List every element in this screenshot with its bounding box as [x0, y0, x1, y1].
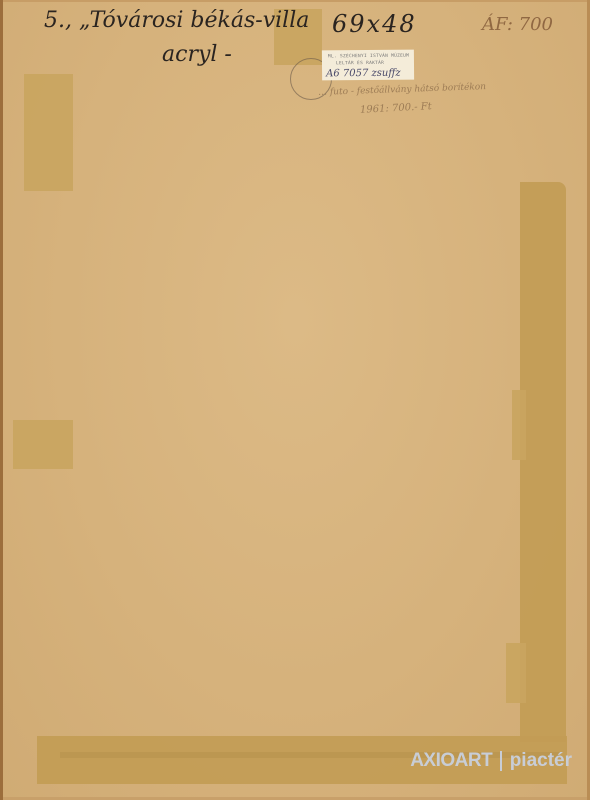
museum-label: ML. SZÉCHENYI ISTVÁN MÚZEUM LELTÁR ÉS RA… — [322, 50, 414, 81]
pencil-note-1: … futo - festőállvány hátsó borítékon — [318, 82, 486, 98]
label-handwritten-number: A6 7057 zsuffz — [326, 68, 401, 80]
label-line-2: LELTÁR ÉS RAKTÁR — [336, 61, 384, 66]
watermark-separator — [500, 751, 502, 771]
tape-right-vertical — [520, 182, 566, 742]
handwritten-title: 5., „Tóvárosi békás-villa — [44, 8, 309, 33]
handwritten-dimensions: 69x48 — [332, 10, 417, 38]
pencil-price-mark: ÁF: 700 — [482, 14, 553, 35]
tape-right-lower-patch — [512, 390, 526, 460]
axioart-watermark: AXIOART piactér — [410, 750, 572, 772]
watermark-subtitle: piactér — [510, 750, 572, 772]
handwritten-medium: acryl - — [162, 42, 232, 67]
tape-top-left — [24, 74, 73, 191]
tape-right-bottom-patch — [506, 643, 526, 703]
watermark-brand: AXIOART — [410, 750, 492, 772]
tape-left-middle — [13, 420, 73, 469]
pencil-note-2: 1961: 700.- Ft — [360, 101, 432, 116]
label-line-1: ML. SZÉCHENYI ISTVÁN MÚZEUM — [328, 54, 409, 60]
artwork-backing-board: 5., „Tóvárosi békás-villa acryl - 69x48 … — [0, 0, 590, 800]
